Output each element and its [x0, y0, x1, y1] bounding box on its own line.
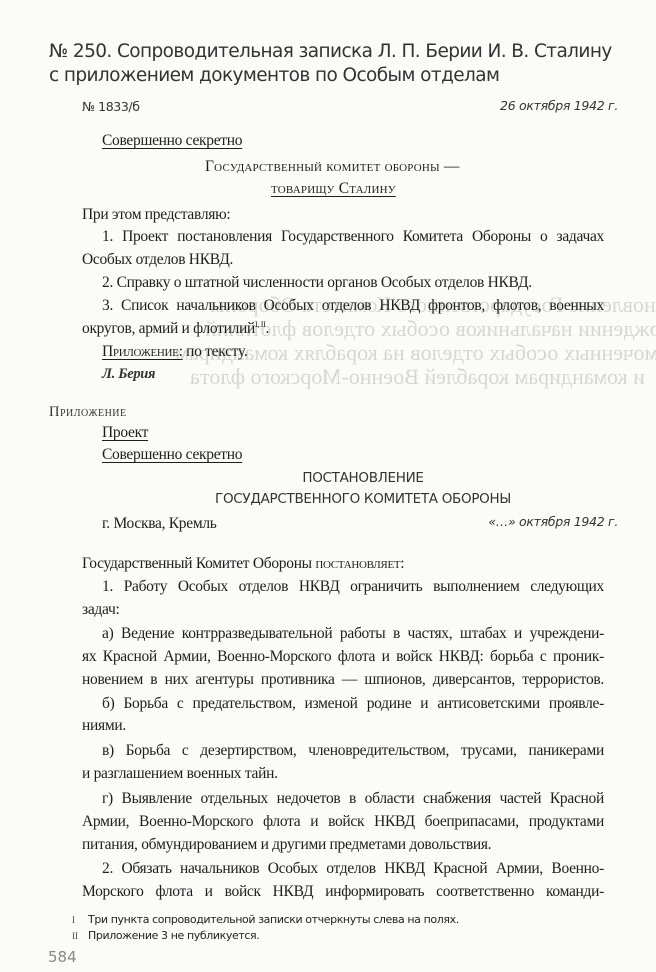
paragraph-b-line-1: б) Борьба с предательством, изменой роди… — [102, 695, 604, 713]
attachment-label: Приложение: — [102, 343, 183, 360]
paragraph-g-line-3: питания, обмундированием и другими предм… — [82, 836, 491, 854]
paragraph-text: Морского флота и войск НКВД информироват… — [82, 883, 604, 901]
paragraph-text: б) Борьба с предательством, изменой роди… — [102, 695, 604, 713]
document-title-line-1: № 250. Сопроводительная записка Л. П. Бе… — [49, 40, 612, 64]
paragraph-g-line-2: Армии, Военно-Морского флота и войск НКВ… — [82, 813, 604, 831]
classification-stamp: Совершенно секретно — [102, 132, 242, 150]
attachment-text: по тексту. — [183, 343, 248, 360]
item-1-line-2: Особых отделов НКВД. — [82, 251, 233, 269]
item-3-line-2: округов, армий и флотилийI, II. — [82, 320, 269, 338]
paragraph-text: 1. Работу Особых отделов НКВД ограничить… — [102, 578, 604, 596]
footnote-mark: II — [72, 931, 88, 941]
item-3-line-1: 3. Список начальников Особых отделов НКВ… — [102, 297, 604, 315]
paragraph-text: новением в них агентуры противника — шпи… — [82, 671, 604, 689]
signature: Л. Берия — [102, 366, 155, 383]
attachment-line: Приложение: по тексту. — [102, 343, 247, 361]
paragraph-text: Армии, Военно-Морского флота и войск НКВ… — [82, 813, 604, 831]
decree-title-line-1: ПОСТАНОВЛЕНИЕ — [0, 470, 656, 486]
paragraph-1-line-1: 1. Работу Особых отделов НКВД ограничить… — [102, 578, 604, 596]
item-3-text-cont: округов, армий и флотилий — [82, 320, 255, 337]
paragraph-1-line-2: задач: — [82, 601, 119, 619]
paragraph-text: 2. Обязать начальников Особых отделов НК… — [102, 860, 604, 878]
intro-text: При этом представляю: — [82, 206, 230, 223]
footnote-text: Три пункта сопроводительной записки отче… — [88, 913, 459, 926]
draft-label: Проект — [102, 424, 148, 442]
decree-title-line-2: ГОСУДАРСТВЕННОГО КОМИТЕТА ОБОРОНЫ — [0, 491, 656, 507]
footnote-reference[interactable]: I, II — [255, 320, 266, 329]
paragraph-text: а) Ведение контрразведывательной работы … — [102, 625, 604, 643]
bleed-through-line: об утверждении начальников особых отдело… — [205, 316, 656, 342]
paragraph-text: в) Борьба с дезертирством, членовредител… — [102, 742, 604, 760]
appendix-heading: Приложение — [49, 404, 127, 421]
appendix-classification: Совершенно секретно — [102, 446, 242, 464]
paragraph-v-line-2: и разглашением военных тайн. — [82, 765, 278, 783]
page-number: 584 — [48, 948, 77, 966]
footnote-2: IIПриложение 3 не публикуется. — [72, 926, 259, 944]
decree-date: «…» октября 1942 г. — [488, 514, 618, 529]
paragraph-a-line-2: ях Красной Армии, Военно-Морского флота … — [82, 648, 604, 666]
paragraph-b-line-2: ниями. — [82, 717, 126, 735]
document-page: № 250. Постановление Государственного Ко… — [0, 0, 656, 972]
item-2-line: 2. Справку о штатной численности органов… — [102, 274, 532, 292]
paragraph-a-line-3: новением в них агентуры противника — шпи… — [82, 671, 604, 689]
paragraph-text: г) Выявление отдельных недочетов в облас… — [102, 790, 604, 808]
intro-line: При этом представляю: — [82, 206, 230, 224]
footnote-text: Приложение 3 не публикуется. — [88, 929, 259, 942]
paragraph-a-line-1: а) Ведение контрразведывательной работы … — [102, 625, 604, 643]
item-3-period: . — [266, 320, 270, 337]
item-3-text: 3. Список начальников Особых отделов НКВ… — [102, 297, 604, 315]
paragraph-2-line-2: Морского флота и войск НКВД информироват… — [82, 883, 604, 901]
preamble-verb: постановляет: — [315, 555, 404, 572]
item-1-line-1: 1. Проект постановления Государственного… — [102, 228, 604, 246]
paragraph-text: ях Красной Армии, Военно-Морского флота … — [82, 648, 604, 666]
decree-preamble: Государственный Комитет Обороны постанов… — [82, 555, 404, 573]
addressee-line-1: Государственный комитет обороны — — [205, 158, 460, 176]
document-number: № 1833/б — [82, 99, 140, 114]
footnote-mark: I — [72, 915, 88, 925]
paragraph-v-line-1: в) Борьба с дезертирством, членовредител… — [102, 742, 604, 760]
document-title-line-2: с приложением документов по Особым отдел… — [49, 64, 499, 88]
bleed-through-line: и командирам кораблей Военно-Морского фл… — [190, 364, 645, 390]
item-1-text: 1. Проект постановления Государственного… — [102, 228, 604, 246]
paragraph-g-line-1: г) Выявление отдельных недочетов в облас… — [102, 790, 604, 808]
addressee-line-2: товарищу Сталину — [271, 180, 396, 198]
paragraph-2-line-1: 2. Обязать начальников Особых отделов НК… — [102, 860, 604, 878]
decree-place: г. Москва, Кремль — [102, 515, 217, 533]
document-date: 26 октября 1942 г. — [500, 98, 618, 113]
preamble-text: Государственный Комитет Обороны — [82, 555, 315, 572]
